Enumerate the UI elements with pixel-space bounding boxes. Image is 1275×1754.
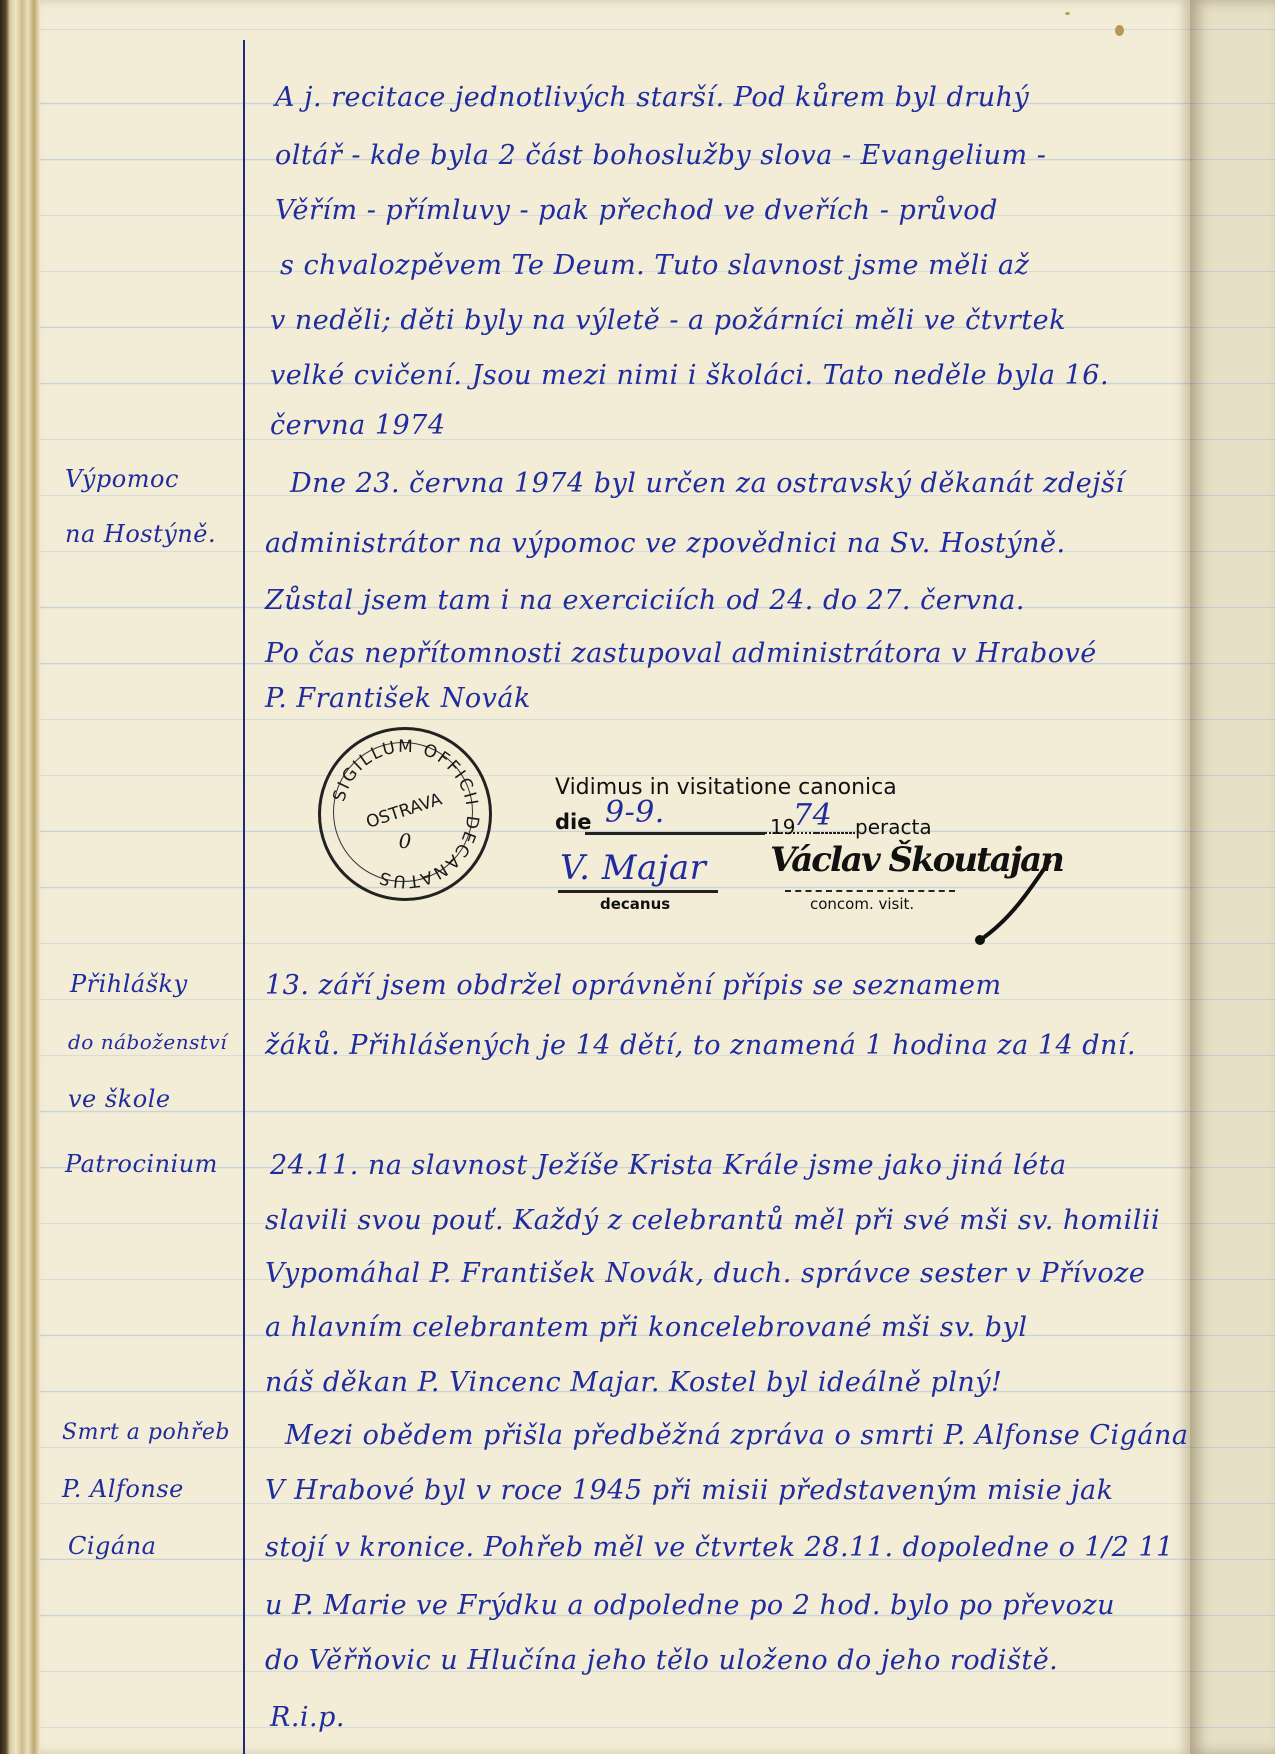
signature-flourish (960, 850, 1070, 950)
body-line: do Věřňovic u Hlučína jeho tělo uloženo … (265, 1645, 1058, 1676)
svg-text:OSTRAVA: OSTRAVA (364, 789, 445, 832)
year-dotted-line (815, 832, 855, 834)
body-line: Mezi obědem přišla předběžná zpráva o sm… (285, 1420, 1188, 1451)
margin-note-prihlasky-1: Přihlášky (70, 970, 188, 998)
margin-note-vypomoc-1: Výpomoc (65, 465, 179, 493)
body-line: 13. září jsem obdržel oprávnění přípis s… (265, 970, 1002, 1001)
body-line: Zůstal jsem tam i na exerciciích od 24. … (265, 585, 1025, 616)
body-line: v neděli; děti byly na výletě - a požárn… (270, 305, 1066, 336)
concom-visit-label: concom. visit. (810, 895, 914, 913)
body-line: Po čas nepřítomnosti zastupoval administ… (265, 638, 1097, 669)
body-line: s chvalozpěvem Te Deum. Tuto slavnost js… (280, 250, 1029, 281)
visitor-signature-line (785, 890, 955, 892)
paper-speck (1065, 12, 1070, 15)
body-line: června 1974 (270, 410, 446, 441)
body-line: žáků. Přihlášených je 14 dětí, to znamen… (265, 1030, 1136, 1061)
paper-speck (1115, 25, 1124, 36)
body-line: administrátor na výpomoc ve zpovědnici n… (265, 528, 1066, 559)
margin-note-smrt-3: Cigána (68, 1532, 156, 1560)
body-line: a hlavním celebrantem při koncelebrované… (265, 1312, 1027, 1343)
body-line: náš děkan P. Vincenc Majar. Kostel byl i… (265, 1367, 1002, 1398)
dean-office-stamp: SIGILLUM OFFICII DECANATUS OSTRAVA 0 (318, 727, 492, 901)
body-line: stojí v kronice. Pohřeb měl ve čtvrtek 2… (265, 1532, 1174, 1563)
dean-signature: V. Majar (560, 848, 706, 888)
margin-note-prihlasky-3: ve škole (68, 1085, 171, 1113)
body-line: u P. Marie ve Frýdku a odpoledne po 2 ho… (265, 1590, 1115, 1621)
adjacent-page (1190, 0, 1275, 1754)
body-line: Dne 23. června 1974 byl určen za ostravs… (290, 468, 1125, 499)
visitation-date: 9-9. (605, 795, 665, 830)
body-line: P. František Novák (265, 683, 531, 714)
visitation-peracta: peracta (855, 815, 932, 839)
visitation-year-prefix: 19 (770, 815, 795, 839)
decanus-label: decanus (600, 895, 670, 913)
body-line: velké cvičení. Jsou mezi nimi i školáci.… (270, 360, 1109, 391)
stamp-text-ring: SIGILLUM OFFICII DECANATUS OSTRAVA 0 (321, 730, 489, 898)
body-line: slavili svou pouť. Každý z celebrantů mě… (265, 1205, 1160, 1236)
margin-rule (243, 40, 245, 1754)
margin-note-smrt-2: P. Alfonse (62, 1475, 184, 1503)
body-line: oltář - kde byla 2 část bohoslužby slova… (275, 140, 1046, 171)
visitation-year: 74 (793, 798, 832, 833)
margin-note-smrt-1: Smrt a pohřeb (62, 1420, 230, 1445)
margin-note-prihlasky-2: do náboženství (68, 1030, 227, 1054)
body-line: V Hrabové byl v roce 1945 při misii před… (265, 1475, 1114, 1506)
book-page-edges (0, 0, 40, 1754)
visitation-die-label: die (555, 810, 591, 834)
body-line: A j. recitace jednotlivých starší. Pod k… (275, 82, 1029, 113)
dean-signature-line (558, 890, 718, 893)
body-line: Věřím - přímluvy - pak přechod ve dveříc… (275, 195, 998, 226)
body-line: 24.11. na slavnost Ježíše Krista Krále j… (270, 1150, 1067, 1181)
svg-text:0: 0 (399, 829, 412, 853)
body-line-rip: R.i.p. (270, 1702, 345, 1733)
date-underline (585, 832, 765, 835)
margin-note-vypomoc-2: na Hostýně. (65, 520, 216, 548)
body-line: Vypomáhal P. František Novák, duch. sprá… (265, 1258, 1145, 1289)
margin-note-patrocinium: Patrocinium (65, 1150, 218, 1178)
